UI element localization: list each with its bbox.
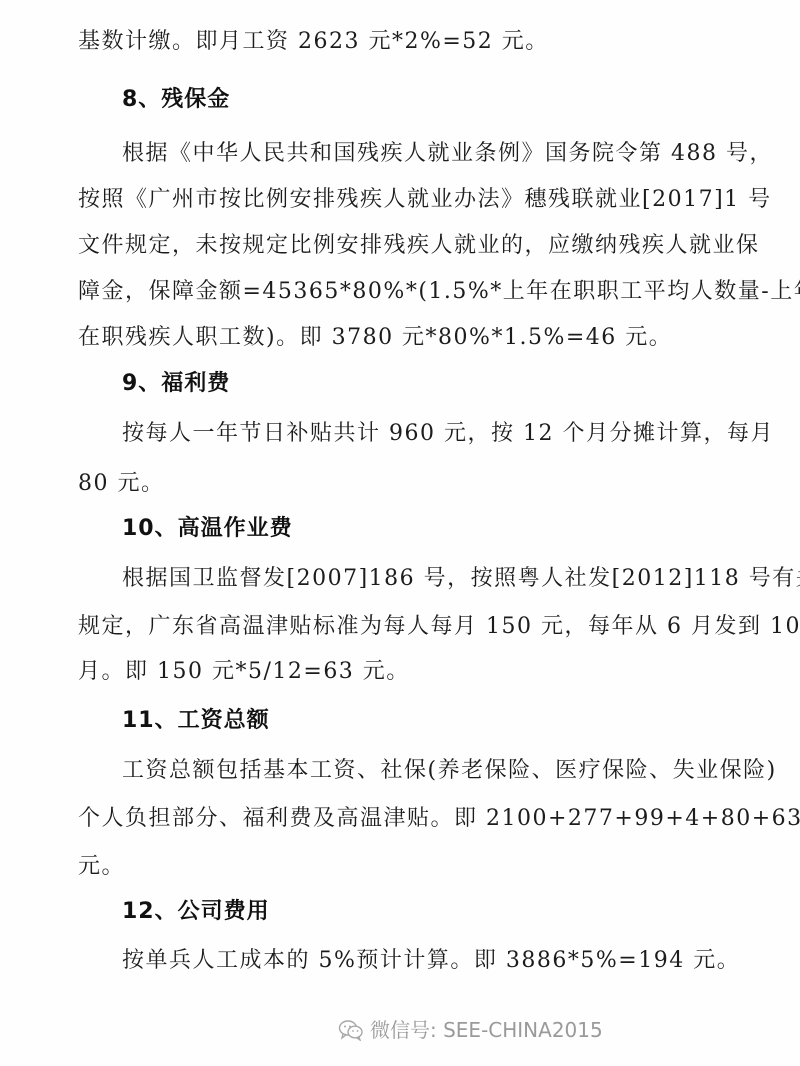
- text-line: 在职残疾人职工数)。即 3780 元*80%*1.5%=46 元。: [78, 324, 672, 352]
- text-line: 根据国卫监督发[2007]186 号，按照粤人社发[2012]118 号有关: [122, 565, 800, 593]
- section-heading-12: 12、公司费用: [122, 898, 270, 926]
- text-line: 工资总额包括基本工资、社保(养老保险、医疗保险、失业保险): [122, 757, 777, 785]
- text-line: 月。即 150 元*5/12=63 元。: [78, 658, 410, 686]
- watermark-text: 微信号: SEE-CHINA2015: [370, 1018, 603, 1042]
- section-heading-8: 8、残保金: [122, 86, 230, 114]
- text-line: 按每人一年节日补贴共计 960 元，按 12 个月分摊计算，每月: [122, 420, 774, 448]
- text-line: 元。: [78, 853, 125, 881]
- text-line: 80 元。: [78, 470, 165, 498]
- text-line: 个人负担部分、福利费及高温津贴。即 2100+277+99+4+80+63=26…: [78, 805, 800, 833]
- wechat-icon: [338, 1019, 364, 1041]
- text-line: 规定，广东省高温津贴标准为每人每月 150 元，每年从 6 月发到 10: [78, 613, 800, 641]
- section-heading-11: 11、工资总额: [122, 707, 270, 735]
- wechat-watermark: 微信号: SEE-CHINA2015: [338, 1018, 603, 1042]
- text-line: 文件规定，未按规定比例安排残疾人就业的，应缴纳残疾人就业保: [78, 232, 760, 260]
- text-line: 基数计缴。即月工资 2623 元*2%=52 元。: [78, 28, 549, 56]
- text-line: 根据《中华人民共和国残疾人就业条例》国务院令第 488 号，: [122, 140, 773, 168]
- section-heading-10: 10、高温作业费: [122, 515, 293, 543]
- text-line: 障金，保障金额=45365*80%*(1.5%*上年在职职工平均人数量-上年: [78, 278, 800, 306]
- text-line: 按单兵人工成本的 5%预计计算。即 3886*5%=194 元。: [122, 947, 740, 975]
- document-page: 基数计缴。即月工资 2623 元*2%=52 元。 8、残保金 根据《中华人民共…: [0, 0, 800, 1066]
- text-line: 按照《广州市按比例安排残疾人就业办法》穗残联就业[2017]1 号: [78, 186, 772, 214]
- section-heading-9: 9、福利费: [122, 370, 230, 398]
